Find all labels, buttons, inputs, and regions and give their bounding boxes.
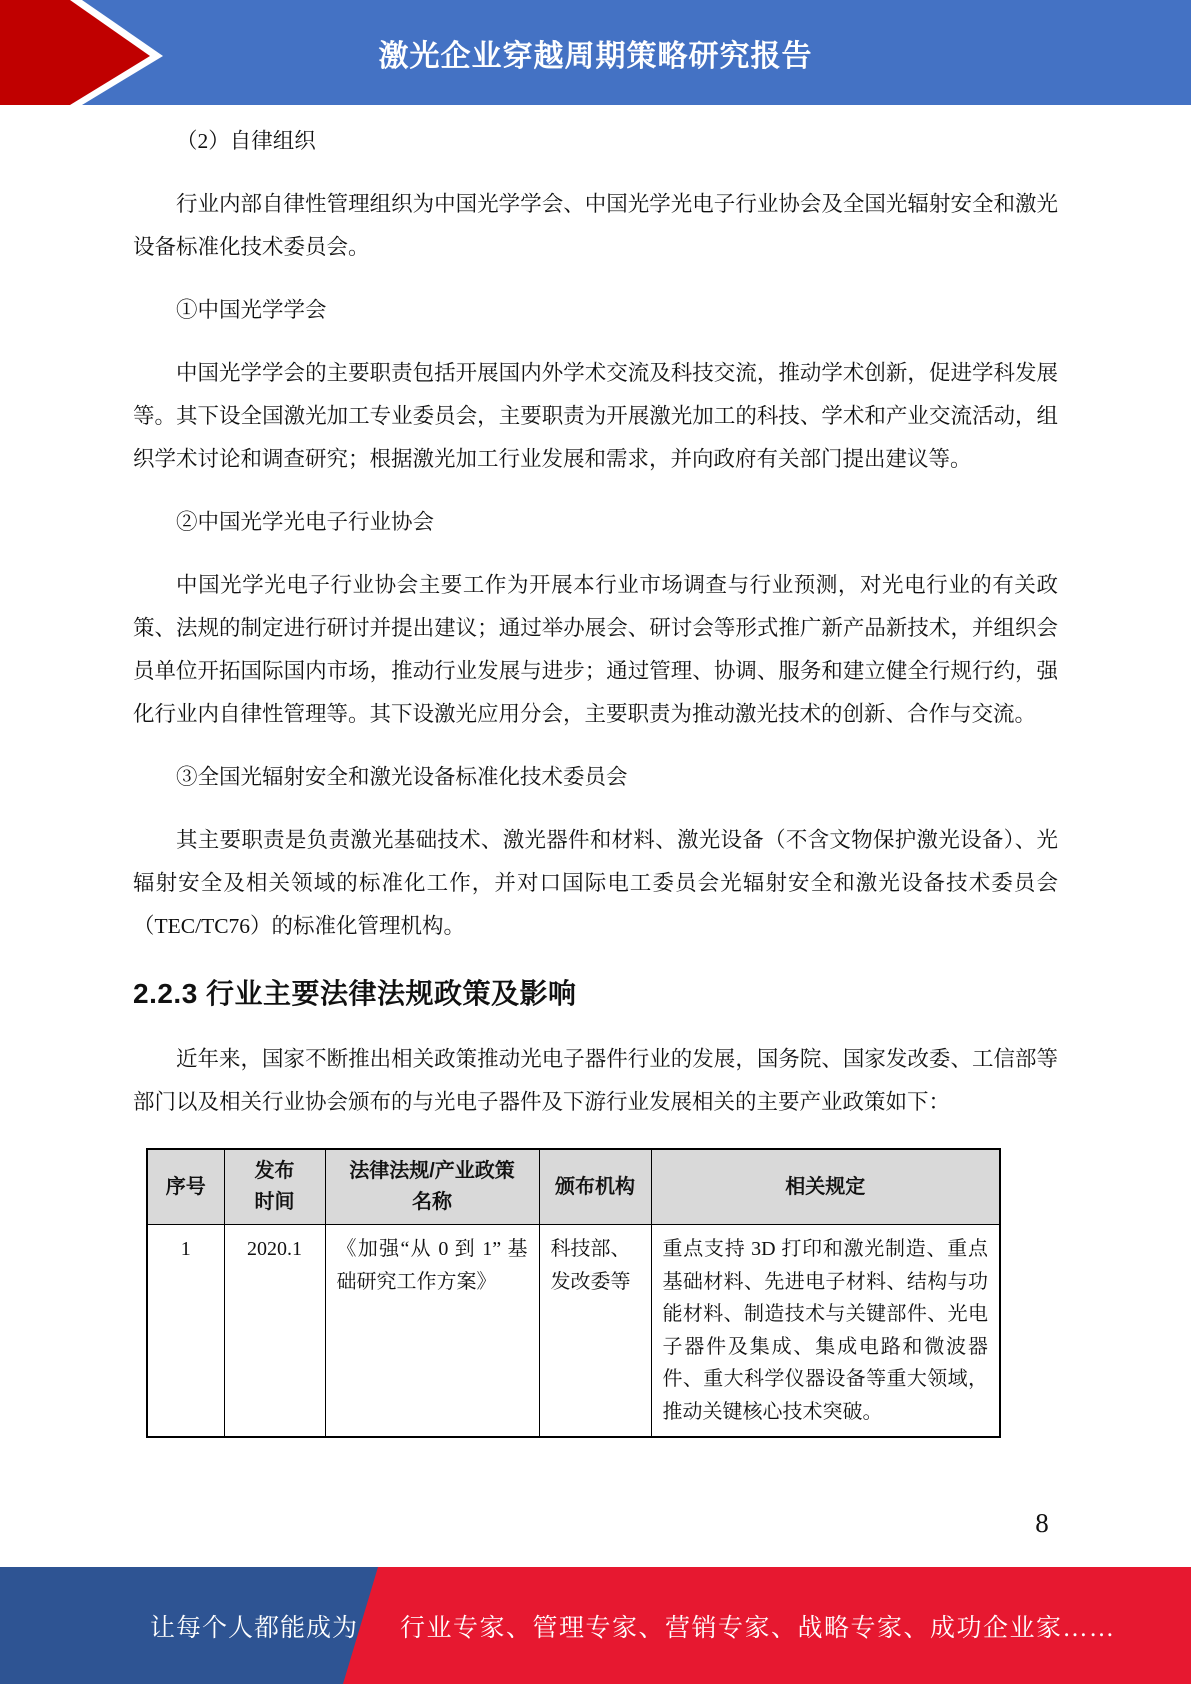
cell-agency: 科技部、 发改委等 xyxy=(539,1225,651,1438)
section-label: ③全国光辐射安全和激光设备标准化技术委员会 xyxy=(133,756,1058,799)
cell-date: 2020.1 xyxy=(224,1225,325,1438)
section-label: ②中国光学光电子行业协会 xyxy=(133,501,1058,544)
table-row: 1 2020.1 《加强“从 0 到 1” 基础研究工作方案》 科技部、 发改委… xyxy=(147,1225,1000,1438)
footer-slogan-left: 让每个人都能成为 xyxy=(150,1608,358,1644)
footer-banner: 让每个人都能成为 行业专家、管理专家、营销专家、战略专家、成功企业家…… xyxy=(0,1567,1191,1684)
page-title: 激光企业穿越周期策略研究报告 xyxy=(0,0,1191,105)
cell-provision: 重点支持 3D 打印和激光制造、重点基础材料、先进电子材料、结构与功能材料、制造… xyxy=(651,1225,1000,1438)
body-paragraph: 中国光学光电子行业协会主要工作为开展本行业市场调查与行业预测，对光电行业的有关政… xyxy=(133,564,1058,736)
section-label: （2）自律组织 xyxy=(133,120,1058,163)
table-header-agency: 颁布机构 xyxy=(539,1149,651,1225)
section-label: ①中国光学学会 xyxy=(133,289,1058,332)
document-body: （2）自律组织 行业内部自律性管理组织为中国光学学会、中国光学光电子行业协会及全… xyxy=(133,120,1058,1438)
body-paragraph: 其主要职责是负责激光基础技术、激光器件和材料、激光设备（不含文物保护激光设备）、… xyxy=(133,819,1058,948)
table-header-date: 发布 时间 xyxy=(224,1149,325,1225)
section-heading: 2.2.3 行业主要法律法规政策及影响 xyxy=(133,974,1058,1014)
body-paragraph: 行业内部自律性管理组织为中国光学学会、中国光学光电子行业协会及全国光辐射安全和激… xyxy=(133,183,1058,269)
policy-table: 序号 发布 时间 法律法规/产业政策 名称 颁布机构 相关规定 1 2020.1… xyxy=(146,1148,1001,1438)
page-number: 8 xyxy=(1022,1508,1062,1539)
table-header-provision: 相关规定 xyxy=(651,1149,1000,1225)
table-header-seq: 序号 xyxy=(147,1149,224,1225)
cell-name: 《加强“从 0 到 1” 基础研究工作方案》 xyxy=(325,1225,539,1438)
body-paragraph: 近年来，国家不断推出相关政策推动光电子器件行业的发展，国务院、国家发改委、工信部… xyxy=(133,1038,1058,1124)
table-header-name: 法律法规/产业政策 名称 xyxy=(325,1149,539,1225)
report-page: 激光企业穿越周期策略研究报告 （2）自律组织 行业内部自律性管理组织为中国光学学… xyxy=(0,0,1191,1684)
cell-seq: 1 xyxy=(147,1225,224,1438)
table-header-row: 序号 发布 时间 法律法规/产业政策 名称 颁布机构 相关规定 xyxy=(147,1149,1000,1225)
body-paragraph: 中国光学学会的主要职责包括开展国内外学术交流及科技交流，推动学术创新，促进学科发… xyxy=(133,352,1058,481)
footer-slogan-right: 行业专家、管理专家、营销专家、战略专家、成功企业家…… xyxy=(400,1608,1116,1644)
header-banner: 激光企业穿越周期策略研究报告 xyxy=(0,0,1191,105)
